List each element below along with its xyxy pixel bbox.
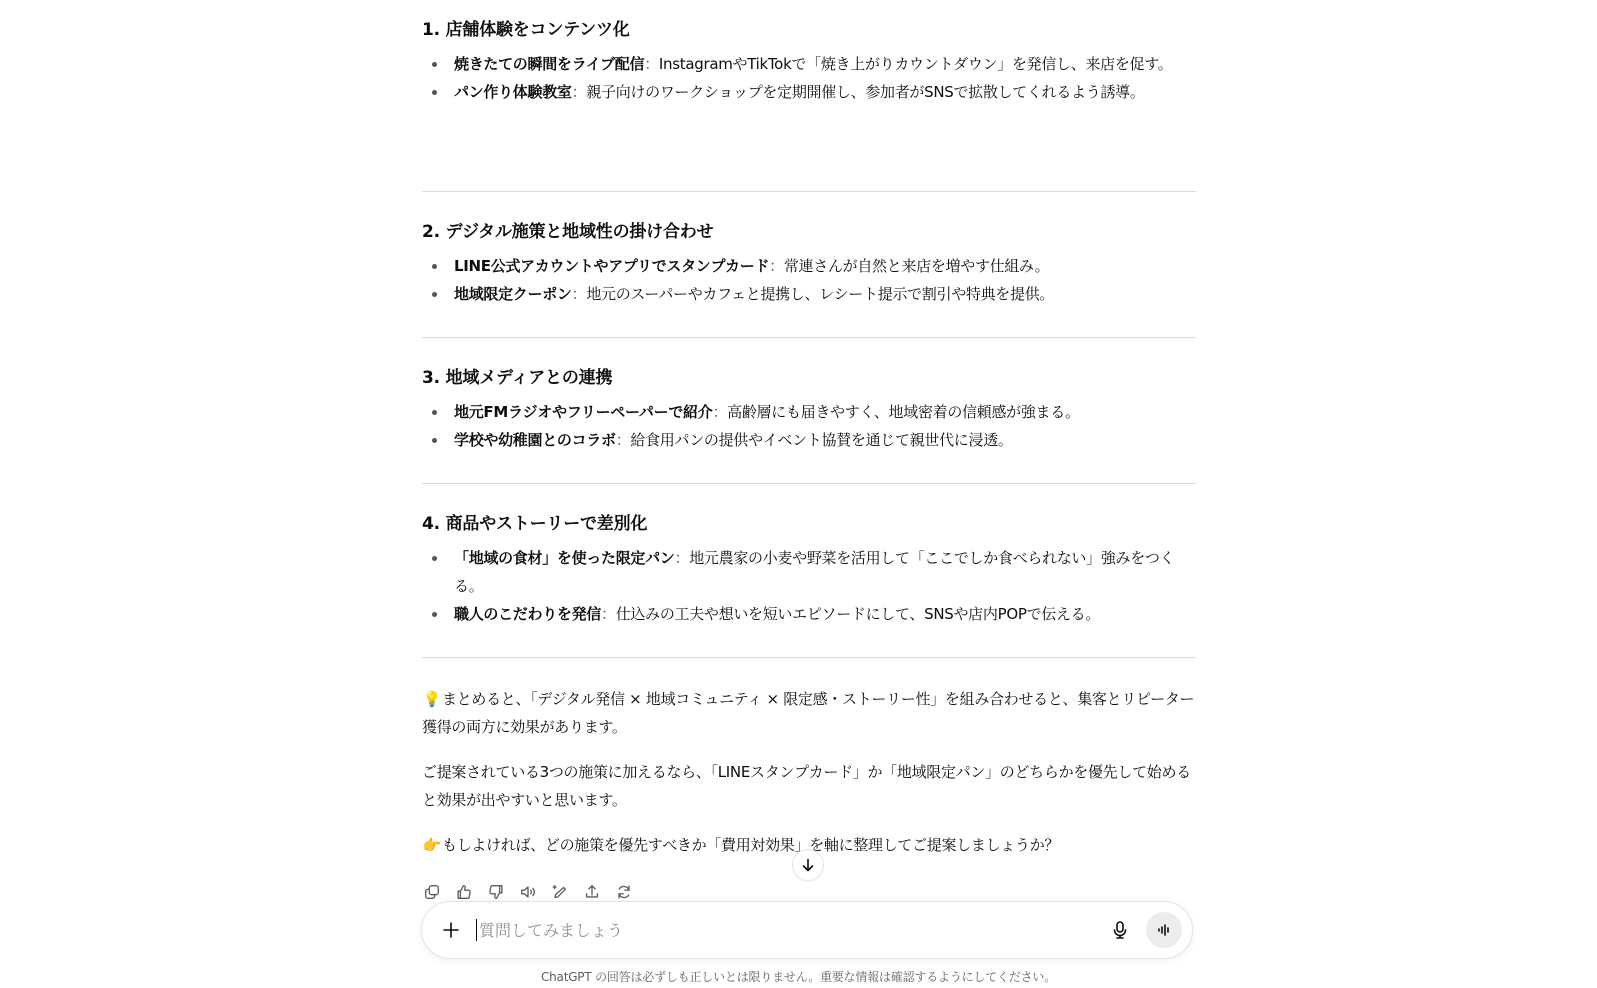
item-text: 給食用パンの提供やイベント協賛を通じて親世代に浸透。: [630, 431, 1012, 449]
section-1: 1. 店舗体験をコンテンツ化 焼きたての瞬間をライブ配信：InstagramやT…: [422, 18, 1196, 106]
message-actions: [422, 882, 634, 902]
list-item: パン作り体験教室：親子向けのワークショップを定期開催し、参加者がSNSで拡散して…: [422, 78, 1196, 106]
prompt-input[interactable]: [476, 919, 1104, 941]
thumbs-down-button[interactable]: [486, 882, 506, 902]
share-button[interactable]: [582, 882, 602, 902]
item-text: 仕込みの工夫や想いを短いエピソードにして、SNSや店内POPで伝える。: [616, 605, 1100, 623]
item-bold: 職人のこだわりを発信: [454, 605, 601, 623]
divider: [422, 657, 1196, 658]
plus-icon: [442, 921, 460, 939]
section-heading: 3. 地域メディアとの連携: [422, 366, 1196, 390]
prompt-composer: [421, 901, 1193, 959]
item-bold: 焼きたての瞬間をライブ配信: [454, 55, 644, 73]
item-bold: 「地域の食材」を使った限定パン: [454, 549, 675, 567]
thumbs-up-button[interactable]: [454, 882, 474, 902]
recommendation-paragraph: ご提案されている3つの施策に加えるなら、「LINEスタンプカード」か「地域限定パ…: [422, 758, 1196, 814]
item-bold: 学校や幼稚園とのコラボ: [454, 431, 616, 449]
thumbs-down-icon: [487, 883, 505, 901]
list-item: 職人のこだわりを発信：仕込みの工夫や想いを短いエピソードにして、SNSや店内PO…: [422, 600, 1196, 628]
regenerate-icon: [615, 883, 633, 901]
voice-mode-button[interactable]: [1146, 912, 1182, 948]
edit-canvas-button[interactable]: [550, 882, 570, 902]
divider: [422, 483, 1196, 484]
item-text: 高齢層にも届きやすく、地域密着の信頼感が強まる。: [727, 403, 1080, 421]
read-aloud-button[interactable]: [518, 882, 538, 902]
divider: [422, 191, 1196, 192]
summary-paragraph: 💡まとめると、「デジタル発信 × 地域コミュニティ × 限定感・ストーリー性」を…: [422, 685, 1196, 741]
add-attachment-button[interactable]: [436, 915, 466, 945]
voice-waveform-icon: [1156, 922, 1172, 938]
item-text: 親子向けのワークショップを定期開催し、参加者がSNSで拡散してくれるよう誘導。: [586, 83, 1144, 101]
regenerate-button[interactable]: [614, 882, 634, 902]
item-text: 常連さんが自然と来店を増やす仕組み。: [784, 257, 1050, 275]
copy-icon: [423, 883, 441, 901]
item-bold: パン作り体験教室: [454, 83, 572, 101]
section-heading: 4. 商品やストーリーで差別化: [422, 512, 1196, 536]
divider: [422, 337, 1196, 338]
bullet-list: 焼きたての瞬間をライブ配信：InstagramやTikTokで「焼き上がりカウン…: [422, 50, 1196, 106]
lightbulb-icon: 💡: [422, 685, 442, 713]
bullet-list: 地元FMラジオやフリーペーパーで紹介：高齢層にも届きやすく、地域密着の信頼感が強…: [422, 398, 1196, 454]
list-item: 「地域の食材」を使った限定パン：地元農家の小麦や野菜を活用して「ここでしか食べら…: [422, 544, 1196, 600]
list-item: 地域限定クーポン：地元のスーパーやカフェと提携し、レシート提示で割引や特典を提供…: [422, 280, 1196, 308]
dictate-button[interactable]: [1104, 914, 1136, 946]
list-item: 焼きたての瞬間をライブ配信：InstagramやTikTokで「焼き上がりカウン…: [422, 50, 1196, 78]
list-item: 地元FMラジオやフリーペーパーで紹介：高齢層にも届きやすく、地域密着の信頼感が強…: [422, 398, 1196, 426]
copy-button[interactable]: [422, 882, 442, 902]
share-icon: [583, 883, 601, 901]
thumbs-up-icon: [455, 883, 473, 901]
section-heading: 2. デジタル施策と地域性の掛け合わせ: [422, 220, 1196, 244]
microphone-icon: [1111, 920, 1129, 940]
bullet-list: 「地域の食材」を使った限定パン：地元農家の小麦や野菜を活用して「ここでしか食べら…: [422, 544, 1196, 628]
section-4: 4. 商品やストーリーで差別化 「地域の食材」を使った限定パン：地元農家の小麦や…: [422, 512, 1196, 628]
item-text: 地元のスーパーやカフェと提携し、レシート提示で割引や特典を提供。: [586, 285, 1054, 303]
item-bold: 地域限定クーポン: [454, 285, 572, 303]
list-item: LINE公式アカウントやアプリでスタンプカード：常連さんが自然と来店を増やす仕組…: [422, 252, 1196, 280]
section-heading: 1. 店舗体験をコンテンツ化: [422, 18, 1196, 42]
disclaimer-footer: ChatGPT の回答は必ずしも正しいとは限りません。重要な情報は確認するように…: [0, 968, 1597, 985]
item-bold: LINE公式アカウントやアプリでスタンプカード: [454, 257, 769, 275]
read-aloud-icon: [519, 883, 537, 901]
edit-canvas-icon: [551, 883, 569, 901]
item-bold: 地元FMラジオやフリーペーパーで紹介: [454, 403, 712, 421]
list-item: 学校や幼稚園とのコラボ：給食用パンの提供やイベント協賛を通じて親世代に浸透。: [422, 426, 1196, 454]
bullet-list: LINE公式アカウントやアプリでスタンプカード：常連さんが自然と来店を増やす仕組…: [422, 252, 1196, 308]
scroll-to-bottom-button[interactable]: [792, 849, 824, 881]
section-2: 2. デジタル施策と地域性の掛け合わせ LINE公式アカウントやアプリでスタンプ…: [422, 220, 1196, 308]
pointing-hand-icon: 👉: [422, 831, 442, 859]
item-text: InstagramやTikTokで「焼き上がりカウントダウン」を発信し、来店を促…: [659, 55, 1173, 73]
section-3: 3. 地域メディアとの連携 地元FMラジオやフリーペーパーで紹介：高齢層にも届き…: [422, 366, 1196, 454]
arrow-down-icon: [800, 857, 816, 873]
